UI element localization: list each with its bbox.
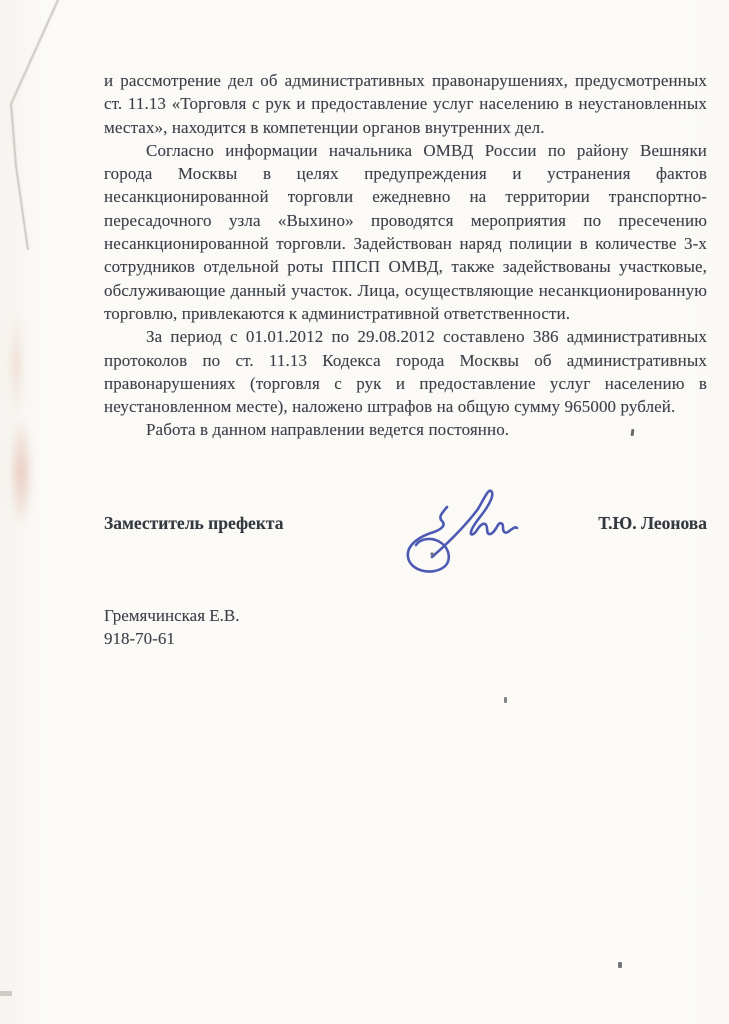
body-line: За период с 01.01.2012 по 29.08.2012 сос…: [104, 325, 707, 348]
body-line: обслуживающие данный участок. Лица, осущ…: [104, 279, 707, 302]
body-line: и рассмотрение дел об административных п…: [104, 69, 707, 92]
body-line: местах», находится в компетенции органов…: [104, 116, 707, 139]
body-line: несанкционированной торговли ежедневно н…: [104, 185, 707, 208]
letter-body: и рассмотрение дел об административных п…: [104, 69, 707, 442]
scanned-page: и рассмотрение дел об административных п…: [0, 0, 729, 1024]
signoff-title: Заместитель префекта: [104, 513, 283, 534]
body-line: пересадочного узла «Выхино» проводятся м…: [104, 209, 707, 232]
body-line: Работа в данном направлении ведется пост…: [104, 418, 707, 441]
signoff-row: Заместитель префекта Т.Ю. Леонова: [104, 513, 707, 534]
signoff-name: Т.Ю. Леонова: [598, 513, 707, 534]
body-line: ст. 11.13 «Торговля с рук и предоставлен…: [104, 92, 707, 115]
pink-smudge: [4, 390, 38, 540]
fold-crease: [0, 0, 80, 270]
pink-smudge: [2, 288, 28, 438]
signature-ink: [392, 477, 542, 597]
body-line: протоколов по ст. 11.13 Кодекса города М…: [104, 349, 707, 372]
executor-name: Гремячинская Е.В.: [104, 604, 240, 627]
body-line: Согласно информации начальника ОМВД Росс…: [104, 139, 707, 162]
ink-dot: [430, 552, 433, 555]
executor-phone: 918-70-61: [104, 627, 240, 650]
body-line: торговлю, привлекаются к административно…: [104, 302, 707, 325]
body-line: города Москвы в целях предупреждения и у…: [104, 162, 707, 185]
body-line: неустановленном месте), наложено штрафов…: [104, 395, 707, 418]
dust-speck: [504, 697, 507, 703]
body-line: правонарушениях (торговля с рук и предос…: [104, 372, 707, 395]
body-line: сотрудников отдельной роты ППСП ОМВД, та…: [104, 255, 707, 278]
dust-speck: [0, 991, 12, 996]
dust-speck: [618, 962, 622, 968]
executor-block: Гремячинская Е.В. 918-70-61: [104, 604, 240, 651]
body-line: несанкционированной торговли. Задействов…: [104, 232, 707, 255]
